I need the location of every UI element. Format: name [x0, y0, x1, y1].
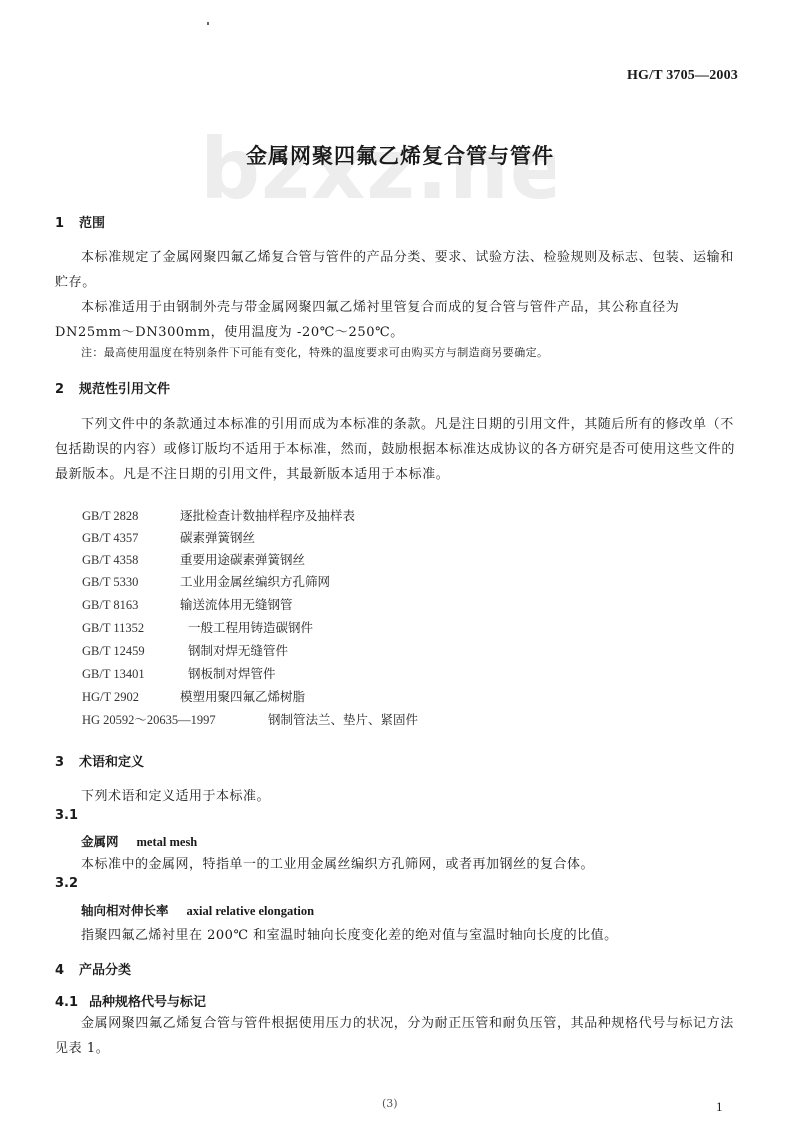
section-number: 3: [55, 755, 79, 770]
section-number: 4: [55, 963, 79, 978]
section-title: 产品分类: [79, 963, 131, 978]
term-zh: 金属网: [81, 834, 119, 849]
term-number: 3.2: [55, 876, 78, 891]
reference-item: GB/T 5330工业用金属丝编织方孔筛网: [82, 571, 330, 593]
section-title: 术语和定义: [79, 755, 144, 770]
reference-item: GB/T 4358重要用途碳素弹簧钢丝: [82, 549, 305, 571]
page-number: 1: [716, 1099, 723, 1115]
standard-code: HG/T 3705—2003: [627, 68, 738, 84]
subsection-number: 4.1: [55, 995, 89, 1010]
term-en: axial relative elongation: [187, 904, 315, 918]
reference-item: GB/T 4357碳素弹簧钢丝: [82, 527, 255, 549]
normative-refs-paragraph: 下列文件中的条款通过本标准的引用而成为本标准的条款。凡是注日期的引用文件，其随后…: [55, 412, 745, 487]
reference-item: GB/T 13401钢板制对焊管件: [82, 663, 276, 685]
reference-item: GB/T 8163输送流体用无缝钢管: [82, 594, 293, 616]
term-en: metal mesh: [137, 835, 198, 849]
section-number: 2: [55, 382, 79, 397]
scope-note: 注：最高使用温度在特别条件下可能有变化，特殊的温度要求可由购买方与制造商另要确定…: [81, 345, 751, 361]
section-1-heading: 1范围: [55, 212, 105, 231]
section-2-heading: 2规范性引用文件: [55, 378, 170, 397]
section-3-heading: 3术语和定义: [55, 751, 144, 770]
scan-speck: [207, 22, 209, 25]
classification-paragraph: 金属网聚四氟乙烯复合管与管件根据使用压力的状况，分为耐正压管和耐负压管，其品种规…: [55, 1011, 745, 1061]
term-zh: 轴向相对伸长率: [81, 903, 169, 918]
term-definition: 指聚四氟乙烯衬里在 200℃ 和室温时轴向长度变化差的绝对值与室温时轴向长度的比…: [81, 924, 751, 943]
term-definition: 本标准中的金属网，特指单一的工业用金属丝编织方孔筛网，或者再加钢丝的复合体。: [81, 853, 751, 872]
footer-mark: (3): [382, 1097, 398, 1110]
reference-item: GB/T 12459钢制对焊无缝管件: [82, 640, 288, 662]
terms-intro: 下列术语和定义适用于本标准。: [81, 785, 751, 804]
section-number: 1: [55, 216, 79, 231]
section-4-heading: 4产品分类: [55, 959, 131, 978]
term-heading: 金属网metal mesh: [81, 832, 197, 850]
subsection-title: 品种规格代号与标记: [89, 995, 206, 1010]
term-number: 3.1: [55, 808, 78, 823]
section-title: 规范性引用文件: [79, 382, 170, 397]
scope-paragraph-1: 本标准规定了金属网聚四氟乙烯复合管与管件的产品分类、要求、试验方法、检验规则及标…: [55, 245, 745, 295]
document-title: 金属网聚四氟乙烯复合管与管件: [0, 140, 800, 170]
section-title: 范围: [79, 216, 105, 231]
reference-item: HG/T 2902模塑用聚四氟乙烯树脂: [82, 686, 305, 708]
section-4-1-heading: 4.1品种规格代号与标记: [55, 991, 206, 1010]
reference-item: GB/T 2828逐批检查计数抽样程序及抽样表: [82, 505, 355, 527]
reference-item: GB/T 11352一般工程用铸造碳钢件: [82, 617, 313, 639]
reference-item: HG 20592～20635—1997钢制管法兰、垫片、紧固件: [82, 709, 418, 731]
term-heading: 轴向相对伸长率axial relative elongation: [81, 901, 314, 919]
scope-paragraph-2: 本标准适用于由钢制外壳与带金属网聚四氟乙烯衬里管复合而成的复合管与管件产品，其公…: [55, 295, 745, 345]
